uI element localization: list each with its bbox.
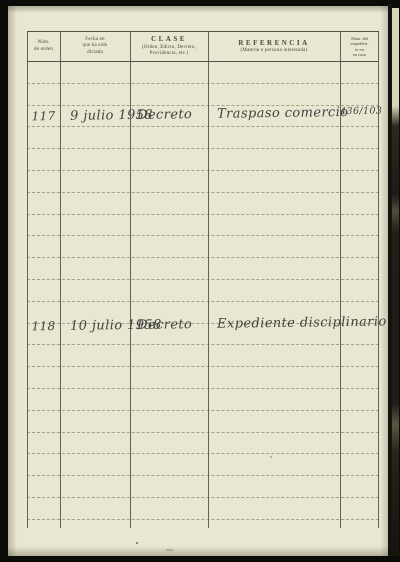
entry-clase: Decreto xyxy=(130,318,208,333)
table-border-left xyxy=(27,31,28,528)
ledger-row xyxy=(27,193,379,215)
ledger-body: 117 9 julio 1958 Decreto Traspaso comerc… xyxy=(27,62,379,520)
column-header-clase: CLASE (Orden, Edicto, Decreto, Providenc… xyxy=(130,32,208,61)
column-divider xyxy=(208,31,209,528)
ledger-row xyxy=(27,345,379,367)
header-line: de orden xyxy=(34,47,53,53)
table-border-right xyxy=(378,31,379,528)
ledger-entry-117: 117 9 julio 1958 Decreto Traspaso comerc… xyxy=(27,96,379,125)
column-divider xyxy=(60,31,61,528)
entry-fecha: 10 julio 1958 xyxy=(60,319,130,334)
paper-sheet: Núm. de orden Fecha en que ha sido dicta… xyxy=(8,6,388,556)
ledger-row xyxy=(27,280,379,302)
column-header-referencia: REFERENCIA (Materia o persona interesada… xyxy=(208,32,340,61)
ledger-row xyxy=(27,367,379,389)
ledger-table: Núm. de orden Fecha en que ha sido dicta… xyxy=(27,31,379,520)
scanned-ledger-page: Núm. de orden Fecha en que ha sido dicta… xyxy=(0,0,400,562)
column-divider xyxy=(340,31,341,528)
ledger-row xyxy=(27,476,379,498)
ledger-row xyxy=(27,236,379,258)
entry-referencia: Expediente disciplinario xyxy=(208,316,340,332)
ledger-header-row: Núm. de orden Fecha en que ha sido dicta… xyxy=(27,31,379,62)
underlying-page-edge xyxy=(392,8,399,556)
ledger-row xyxy=(27,149,379,171)
entry-fecha: 9 julio 1958 xyxy=(60,109,130,124)
ledger-row xyxy=(27,127,379,149)
header-title: CLASE xyxy=(151,35,187,44)
entry-num: 117 xyxy=(27,110,60,124)
header-line: Providencia, etc.) xyxy=(150,51,189,57)
entry-num: 118 xyxy=(27,320,60,334)
header-line: (Materia o persona interesada) xyxy=(241,48,308,54)
ledger-row xyxy=(27,171,379,193)
ledger-row xyxy=(27,389,379,411)
header-line: su caso xyxy=(353,52,366,57)
ledger-row xyxy=(27,258,379,280)
ledger-row xyxy=(27,62,379,84)
ledger-row xyxy=(27,215,379,237)
header-title: REFERENCIA xyxy=(238,39,309,48)
entry-expediente: 436/103 xyxy=(340,106,379,120)
scan-speck xyxy=(166,549,173,551)
column-header-num-orden: Núm. de orden xyxy=(27,32,60,61)
column-header-fecha: Fecha en que ha sido dictada xyxy=(60,32,130,61)
ledger-row xyxy=(27,454,379,476)
entry-referencia: Traspaso comercio xyxy=(208,106,340,122)
scan-speck xyxy=(136,542,138,544)
scan-speck xyxy=(270,456,272,458)
column-divider xyxy=(130,31,131,528)
entry-clase: Decreto xyxy=(130,108,208,123)
header-line: dictada xyxy=(87,50,103,56)
ledger-row xyxy=(27,498,379,520)
entry-expediente xyxy=(340,326,379,331)
ledger-row xyxy=(27,411,379,433)
ledger-entry-118: 118 10 julio 1958 Decreto Expediente dis… xyxy=(27,306,379,335)
ledger-row xyxy=(27,433,379,455)
column-header-expediente: Núm. del expedien- te en su caso xyxy=(340,32,379,61)
